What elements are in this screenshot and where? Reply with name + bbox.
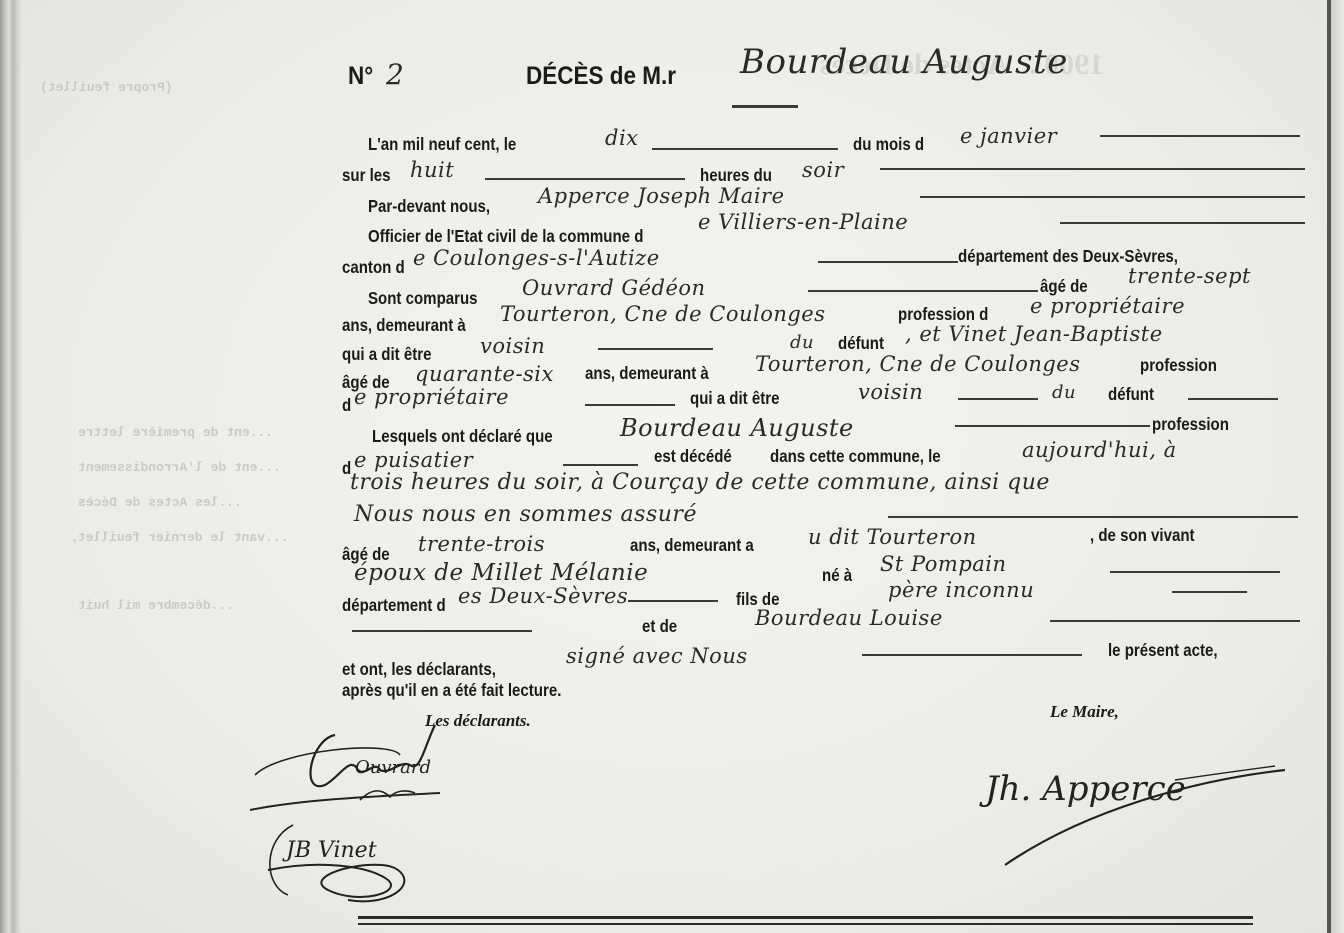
fill-line [1060,222,1305,224]
fill-line [1050,620,1300,622]
bleed-through-line: ...ent de l'Arrondissement [78,460,281,475]
printed-text: Lesquels ont déclaré que [372,426,553,447]
hour-field: huit [410,158,454,182]
printed-text: département d [342,595,446,616]
declarant2-signature: JB Vinet [258,815,458,915]
fill-line [563,464,638,466]
fill-line [808,290,1038,292]
deceased-residence-field: u dit Tourteron [808,525,977,549]
section-divider [358,916,1253,919]
svg-text:JB Vinet: JB Vinet [282,838,377,863]
death-details-text: trois heures du soir, à Courçay de cette… [350,470,1050,495]
signature-statement-field: signé avec Nous [566,644,748,668]
printed-text: du mois d [853,134,924,155]
bleed-through-note: (Propre feuillet) [40,80,173,95]
printed-text: est décédé [654,446,732,467]
birth-department-field: es Deux-Sèvres [458,584,628,608]
printed-text: et de [642,616,677,637]
witness1-relation-field: voisin [480,334,545,358]
witness2-relation-field: voisin [858,380,923,404]
printed-text: défunt [1108,384,1154,405]
period-field: soir [802,158,844,182]
bleed-through-line: ...vant le dernier feuillet, [70,530,288,545]
printed-text: Officier de l'Etat civil de la commune d [368,226,643,247]
title-underline [732,105,798,108]
printed-text: profession [1152,414,1229,435]
commune-field: e Villiers-en-Plaine [698,210,908,234]
printed-text: ans, demeurant à [342,315,466,336]
witness1-residence-field: Tourteron, Cne de Coulonges [500,302,826,326]
deceased-name-field: Bourdeau Auguste [620,414,854,442]
day-field: dix [605,126,639,150]
printed-text: qui a dit être [690,388,779,409]
deceased-age-field: trente-trois [418,532,545,556]
printed-text: défunt [838,333,884,354]
fill-line [818,261,958,263]
bleed-through-line: ...les Actes de Décès [78,495,242,510]
next-page-edge [1331,0,1344,933]
printed-text: dans cette commune, le [770,446,941,467]
mayor-signature: Jh. Apperce [975,740,1305,890]
fill-line [888,516,1298,518]
printed-text: ans, demeurant a [630,535,754,556]
fill-line [652,148,838,150]
fill-line [958,398,1038,400]
fill-line [1110,571,1280,573]
fill-line [485,178,685,180]
witness2-profession-field: e propriétaire [354,385,509,409]
record-number-label: N° [348,62,373,91]
printed-text: après qu'il en a été fait lecture. [342,680,561,701]
printed-text: le présent acte, [1108,640,1218,661]
father-field: père inconnu [888,578,1034,602]
printed-text: sur les [342,165,391,186]
section-divider [358,923,1253,925]
death-date-field: aujourd'hui, à [1022,438,1177,462]
printed-text: , de son vivant [1090,525,1195,546]
witness2-name-field: , et Vinet Jean-Baptiste [905,322,1163,346]
fill-line [598,348,713,350]
fill-line [1172,591,1247,593]
officer-field: Apperce Joseph Maire [538,184,785,208]
fill-line [1188,398,1278,400]
witness2-age-field: quarante-six [415,362,554,386]
month-field: e janvier [960,124,1057,148]
bleed-through-line: ...ent de première lettre [78,425,273,440]
declarant1-signature: Ouvrard [240,715,460,815]
spouse-field: époux de Millet Mélanie [354,560,648,586]
canton-field: e Coulonges-s-l'Autize [413,246,660,270]
mother-field: Bourdeau Louise [755,606,943,630]
handwritten-du: du [790,332,814,353]
printed-text: et ont, les déclarants, [342,659,496,680]
fill-line [880,168,1305,170]
witness1-age-field: trente-sept [1128,264,1251,288]
printed-text: ans, demeurant à [585,363,709,384]
verification-text: Nous nous en sommes assuré [354,502,697,527]
record-number: 2 [386,58,404,91]
printed-text: L'an mil neuf cent, le [368,134,516,155]
witness1-name-field: Ouvrard Gédéon [522,276,706,300]
deceased-profession-field: e puisatier [354,448,473,472]
printed-text: heures du [700,165,772,186]
svg-text:Ouvrard: Ouvrard [355,757,431,778]
binding-edge [0,0,22,933]
deceased-name-heading: Bourdeau Auguste [740,42,1068,82]
printed-text: canton d [342,257,405,278]
document-page: 1900 ... Actes de Décès (Propre feuillet… [0,0,1344,933]
bleed-through-line: ...décembre mil huit [78,598,234,613]
printed-text: Par-devant nous, [368,196,490,217]
fill-line [920,196,1305,198]
fill-line [1100,135,1300,137]
record-title: DÉCÈS de M.r [526,62,676,91]
fill-line [862,654,1082,656]
witness2-residence-field: Tourteron, Cne de Coulonges [755,352,1081,376]
printed-text: profession [1140,355,1217,376]
handwritten-du: du [1052,382,1076,403]
printed-text: né à [822,565,852,586]
fill-line [585,404,675,406]
printed-text: Sont comparus [368,288,478,309]
birthplace-field: St Pompain [880,552,1007,576]
fill-line [352,630,532,632]
fill-line [628,600,718,602]
mayor-label: Le Maire, [1050,702,1119,722]
witness1-profession-field: e propriétaire [1030,294,1185,318]
printed-text: d [342,395,351,416]
svg-text:Jh. Apperce: Jh. Apperce [979,769,1186,809]
fill-line [955,425,1150,427]
